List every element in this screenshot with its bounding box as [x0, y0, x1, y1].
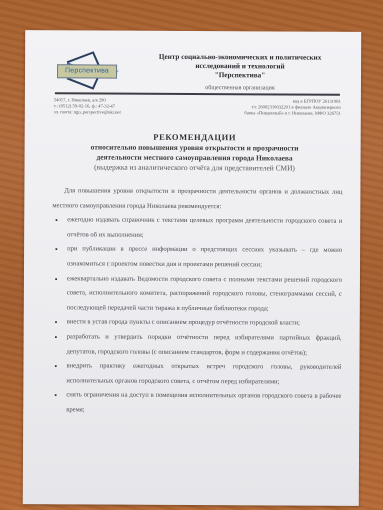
recommendation-text: при публикации в прессе информации о пре… [67, 246, 342, 269]
bullet-icon: ▪ [55, 243, 58, 258]
list-item: ▪внедрить практику ежегодных открытых вс… [51, 359, 341, 390]
bullet-icon: ▪ [55, 316, 58, 331]
bullet-icon: ▪ [55, 272, 58, 287]
logo-text: Перспектива [57, 64, 117, 78]
list-item: ▪внести в устав города пункты с описание… [52, 316, 342, 332]
logo: Перспектива [53, 50, 123, 90]
recommendation-text: внести в устав города пункты с описанием… [67, 319, 300, 327]
document-page: Перспектива Центр социально-экономически… [23, 30, 361, 506]
recommendation-text: ежегодно издавать справочник с текстами … [67, 217, 342, 239]
bullet-icon: ▪ [55, 330, 58, 345]
intro-paragraph: Для повышения уровня открытости и прозра… [52, 184, 342, 215]
org-type: общественная организация [135, 84, 345, 93]
list-item: ▪ежегодно издавать справочник с текстами… [52, 213, 342, 244]
bank-details: код в ЕГРПОУ 26131981 т/с 26002310032201… [244, 98, 340, 117]
document-subtitle-note: (выдержка из аналитического отчёта для п… [44, 162, 344, 174]
recommendations-list: ▪ежегодно издавать справочник с текстами… [51, 213, 342, 419]
org-name-line: "Перспектива" [135, 71, 345, 81]
header-divider [55, 92, 340, 95]
bank-name: банка «Пивденный» в г. Николаеве, МФО 32… [244, 111, 340, 118]
bullet-icon: ▪ [55, 213, 58, 228]
recommendation-text: разработать и утвердить порядки отчётнос… [67, 333, 342, 356]
email-line: эл. почта: ngo_perspective@ukr.net [54, 110, 121, 117]
contact-address: 54017, г. Николаев, а/я 290 т.: (0512) 5… [54, 97, 121, 116]
list-item: ▪разработать и утвердить порядки отчётно… [52, 330, 342, 361]
bullet-icon: ▪ [54, 359, 57, 374]
document-heading: РЕКОМЕНДАЦИИ относительно повышения уров… [44, 131, 344, 174]
list-item: ▪при публикации в прессе информации о пр… [52, 243, 342, 274]
list-item: ▪ежеквартально издавать Ведомости городс… [52, 272, 342, 317]
list-item: ▪снять ограничения на доступ в помещения… [51, 389, 341, 420]
recommendation-text: внедрить практику ежегодных открытых вст… [66, 362, 341, 385]
bullet-icon: ▪ [54, 389, 57, 404]
recommendation-text: ежеквартально издавать Ведомости городск… [67, 275, 342, 312]
organization-header: Центр социально-экономических и политиче… [135, 53, 345, 93]
document-body: Для повышения уровня открытости и прозра… [51, 184, 342, 419]
recommendation-text: снять ограничения на доступ в помещения … [66, 392, 341, 414]
